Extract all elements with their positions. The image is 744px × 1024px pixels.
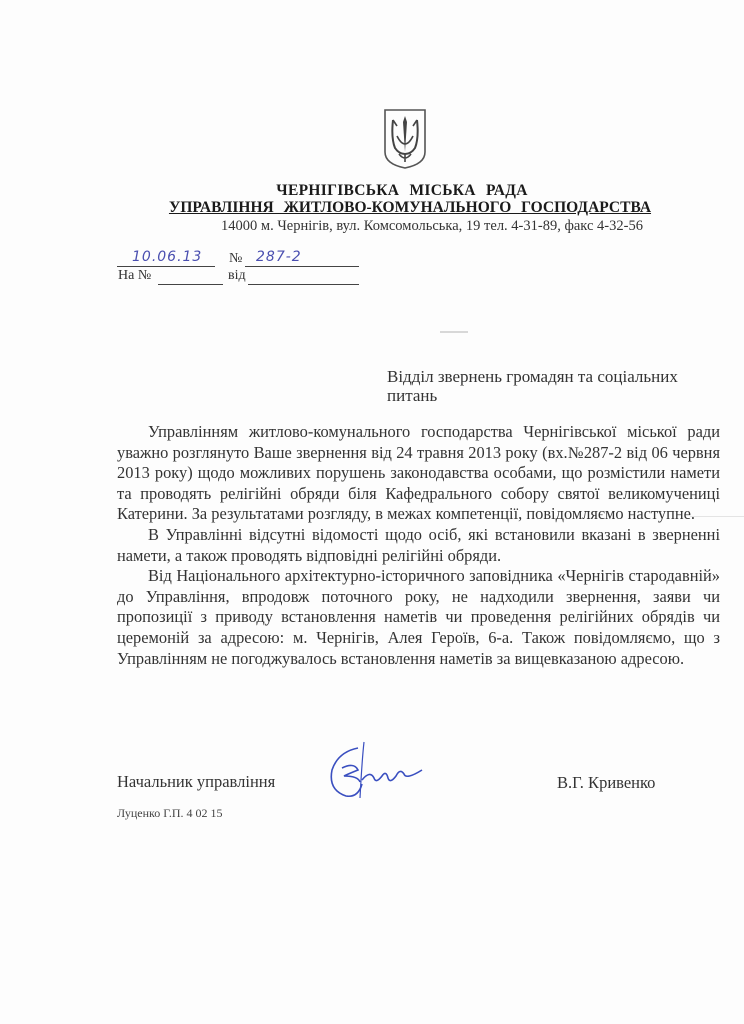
reply-number-line [158, 284, 223, 285]
from-label: від [228, 268, 246, 284]
body-paragraph: В Управлінні відсутні відомості щодо осі… [117, 525, 720, 566]
body-paragraph: Від Національного архітектурно-історично… [117, 566, 720, 669]
addressee: Відділ звернень громадян та соціальних п… [387, 367, 707, 405]
department-address: 14000 м. Чернігів, вул. Комсомольська, 1… [60, 218, 744, 235]
handwritten-signature-icon [318, 740, 438, 810]
number-line [245, 266, 359, 267]
date-line [117, 266, 215, 267]
outgoing-number: 287-2 [256, 249, 302, 265]
council-name: ЧЕРНІГІВСЬКА МІСЬКА РАДА [30, 182, 744, 200]
scan-mark [440, 331, 468, 333]
reply-date-line [248, 284, 359, 285]
fold-line [690, 516, 744, 517]
letter-page: ЧЕРНІГІВСЬКА МІСЬКА РАДА УПРАВЛІННЯ ЖИТЛ… [0, 0, 744, 1024]
body-paragraph: Управлінням житлово-комунального господа… [117, 422, 720, 525]
trident-coat-of-arms-icon [383, 108, 427, 170]
number-label: № [229, 251, 242, 267]
letter-body: Управлінням житлово-комунального господа… [117, 422, 720, 669]
outgoing-date: 10.06.13 [132, 249, 202, 265]
reply-to-label: На № [118, 268, 151, 284]
executor-contact: Луценко Г.П. 4 02 15 [117, 806, 222, 821]
signatory-position: Начальник управління [117, 772, 275, 792]
department-name: УПРАВЛІННЯ ЖИТЛОВО-КОМУНАЛЬНОГО ГОСПОДАР… [38, 199, 744, 217]
signatory-name: В.Г. Кривенко [557, 773, 655, 793]
